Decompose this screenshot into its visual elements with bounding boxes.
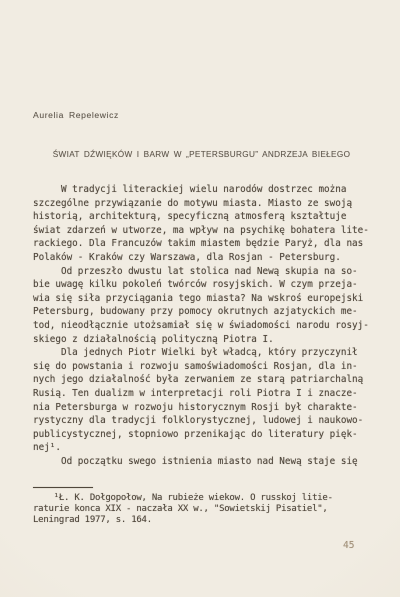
body-text: W tradycji literackiej wielu narodów dos… <box>33 183 378 468</box>
footnote-text: ¹Ł. K. Dołgopołow, Na rubieże wiekow. O … <box>33 493 378 526</box>
paragraph-3: Dla jednych Piotr Wielki był władcą, któ… <box>33 346 378 455</box>
page-number: 45 <box>343 540 354 551</box>
paragraph-4: Od początku swego istnienia miasto nad N… <box>33 455 378 469</box>
document-page: Aurelia Repelewicz ŚWIAT DŹWIĘKÓW I BARW… <box>0 0 400 597</box>
article-title: ŚWIAT DŹWIĘKÓW I BARW W „PETERSBURGU” AN… <box>33 150 370 159</box>
paragraph-2: Od przeszło dwustu lat stolica nad Newą … <box>33 265 378 347</box>
paragraph-1: W tradycji literackiej wielu narodów dos… <box>33 183 378 265</box>
author-name: Aurelia Repelewicz <box>33 110 119 120</box>
footnote-separator <box>33 487 93 488</box>
